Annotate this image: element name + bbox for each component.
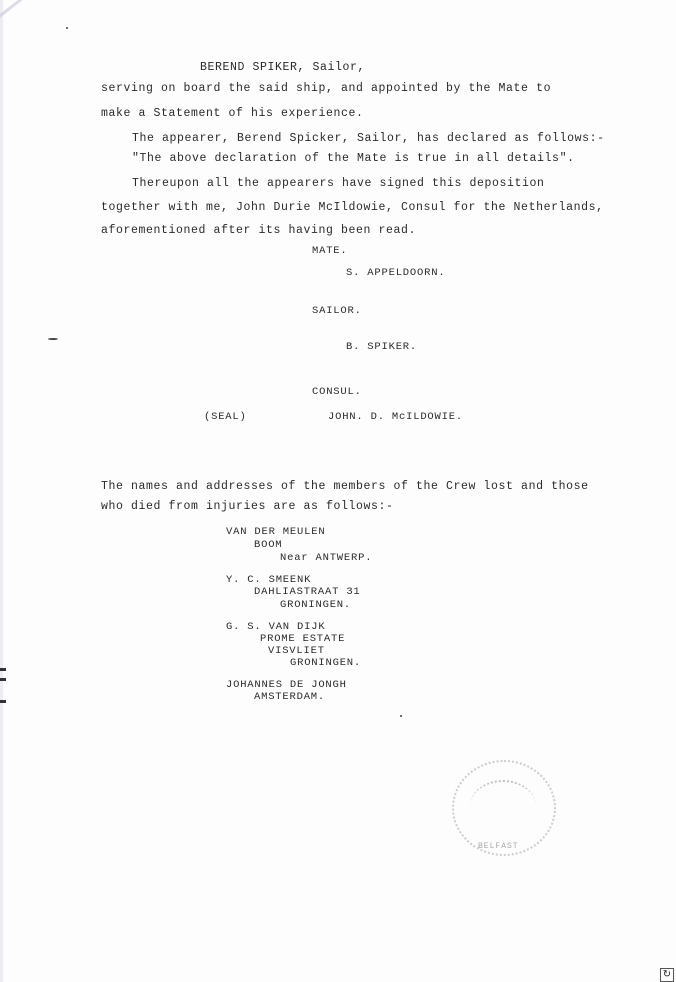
paragraph1-line: serving on board the said ship, and appo… xyxy=(101,82,551,96)
ink-speck xyxy=(400,715,402,717)
document-page: BEREND SPIKER, Sailor, serving on board … xyxy=(0,0,676,982)
crew-address-line: DAHLIASTRAAT 31 xyxy=(254,585,361,599)
folded-corner xyxy=(0,0,75,33)
seal-label: (SEAL) xyxy=(204,410,247,424)
edge-mark xyxy=(0,700,6,703)
mate-label: MATE. xyxy=(312,244,348,258)
crew-address-line: GRONINGEN. xyxy=(280,598,351,612)
crew-name: VAN DER MEULEN xyxy=(226,525,325,539)
crew-address-line: Near ANTWERP. xyxy=(280,551,372,565)
sailor-label: SAILOR. xyxy=(312,304,362,318)
consular-stamp-text: BELFAST xyxy=(478,842,519,851)
page-edge-shadow xyxy=(0,0,3,982)
crew-address-line: GRONINGEN. xyxy=(290,656,361,670)
paragraph1-line: make a Statement of his experience. xyxy=(101,107,364,121)
crew-address-line: AMSTERDAM. xyxy=(254,690,325,704)
paragraph2: The appearer, Berend Spicker, Sailor, ha… xyxy=(132,132,605,146)
consul-label: CONSUL. xyxy=(312,385,362,399)
paragraph3-line: aforementioned after its having been rea… xyxy=(101,224,416,238)
crew-address-line: BOOM xyxy=(254,538,282,552)
ink-speck xyxy=(66,27,68,29)
ink-speck xyxy=(48,338,58,340)
edge-mark xyxy=(0,668,6,671)
edge-mark xyxy=(0,678,6,681)
consul-signature: JOHN. D. McILDOWIE. xyxy=(328,410,463,424)
declaration-quote: "The above declaration of the Mate is tr… xyxy=(132,152,575,166)
crew-intro-line: The names and addresses of the members o… xyxy=(101,480,589,494)
intro-name-line: BEREND SPIKER, Sailor, xyxy=(200,61,365,75)
rotate-icon[interactable]: ↻ xyxy=(660,968,674,982)
paragraph3-line: together with me, John Durie McIldowie, … xyxy=(101,201,604,215)
sailor-signature: B. SPIKER. xyxy=(346,340,417,354)
consular-stamp-crown xyxy=(470,780,536,832)
crew-intro-line: who died from injuries are as follows:- xyxy=(101,500,394,514)
paragraph3-line: Thereupon all the appearers have signed … xyxy=(132,177,545,191)
mate-signature: S. APPELDOORN. xyxy=(346,266,445,280)
